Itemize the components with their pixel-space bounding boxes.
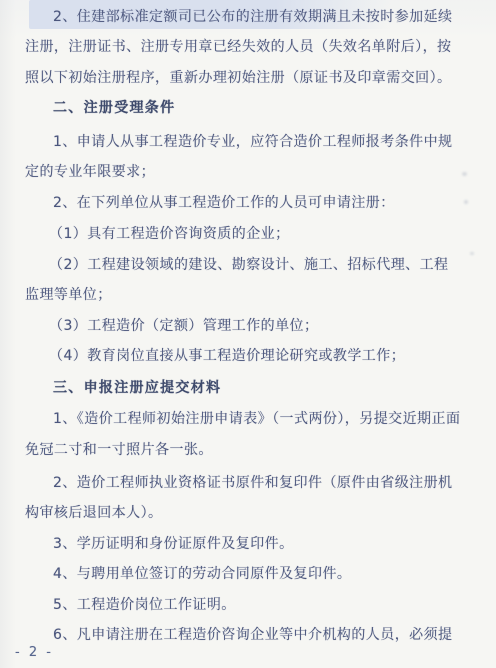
- page-number: - 2 -: [15, 645, 53, 660]
- paragraph-line: 2、住建部标准定额司已公布的注册有效期满且未按时参加延续: [53, 9, 453, 25]
- paragraph-line: 1、《造价工程师初始注册申请表》（一式两份），另提交近期正面: [53, 411, 460, 427]
- list-item-line: （1）具有工程造价咨询资质的企业；: [49, 226, 290, 242]
- list-item-line: （3）工程造价（定额）管理工作的单位；: [49, 318, 318, 334]
- paragraph-line: 2、在下列单位从事工程造价工作的人员可申请注册：: [53, 195, 395, 211]
- paragraph-line: 2、造价工程师执业资格证书原件和复印件（原件由省级注册机: [53, 475, 453, 491]
- document-page: 2、住建部标准定额司已公布的注册有效期满且未按时参加延续 注册，注册证书、注册专…: [0, 0, 496, 668]
- paragraph-line: 1、申请人从事工程造价专业，应符合造价工程师报考条件中规: [53, 134, 453, 150]
- section-heading-2: 二、注册受理条件: [53, 100, 175, 116]
- paragraph-line: 照以下初始注册程序，重新办理初始注册（原证书及印章需交回）。: [25, 70, 452, 86]
- paragraph-line: 3、学历证明和身份证原件及复印件。: [53, 536, 294, 552]
- paragraph-line: 构审核后退回本人）。: [25, 505, 163, 521]
- scan-speck: [470, 252, 474, 255]
- paragraph-line: 定的专业年限要求；: [25, 164, 155, 180]
- paragraph-line: 5、工程造价岗位工作证明。: [53, 597, 236, 613]
- paragraph-line: 4、与聘用单位签订的劳动合同原件及复印件。: [53, 566, 351, 582]
- list-item-line: （2）工程建设领域的建设、勘察设计、施工、招标代理、工程: [49, 257, 449, 273]
- section-heading-3: 三、申报注册应提交材料: [53, 380, 221, 396]
- list-item-line: （4）教育岗位直接从事工程造价理论研究或教学工作；: [49, 348, 405, 364]
- paragraph-line: 6、凡申请注册在工程造价咨询企业等中介机构的人员，必须提: [53, 627, 453, 643]
- paragraph-line: 注册，注册证书、注册专用章已经失效的人员（失效名单附后），按: [25, 39, 452, 55]
- list-item-line: 监理等单位；: [25, 287, 112, 303]
- scan-speck: [464, 200, 468, 204]
- scan-speck: [462, 172, 467, 176]
- paragraph-line: 免冠二寸和一寸照片各一张。: [25, 442, 213, 458]
